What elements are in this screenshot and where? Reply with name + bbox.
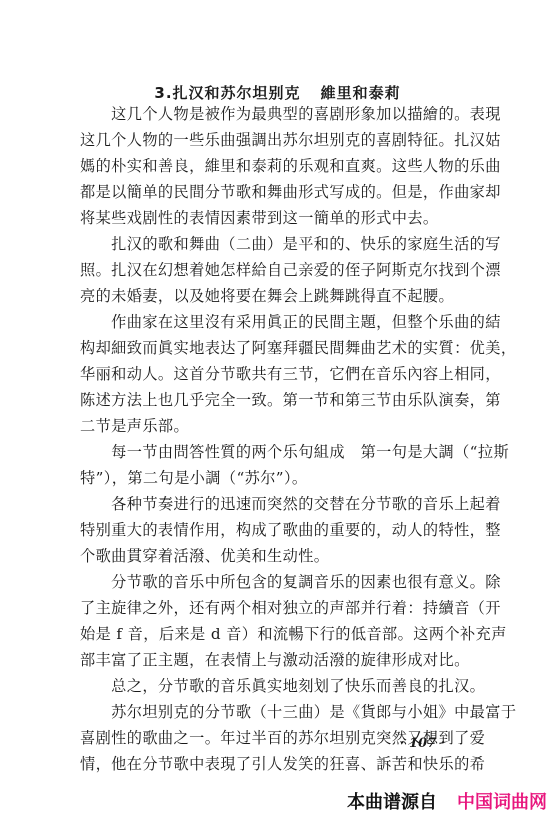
text-line: 陈述方法上也几乎完全一致。第一节和第三节由乐队演奏，第	[80, 390, 452, 410]
text-line: 华丽和动人。这首分节歌共有三节，它們在音乐內容上相同，	[80, 364, 452, 384]
text-line: 情，他在分节歌中表現了引人发笑的狂喜、訴苦和快乐的希	[80, 754, 452, 774]
text-line: 作曲家在这里沒有采用眞正的民間主題，但整个乐曲的結	[80, 312, 452, 332]
text-line: 这几个人物是被作为最典型的喜剧形象加以描繪的。表現	[80, 104, 452, 124]
section-title-left: 扎汉和苏尔坦别克	[173, 84, 301, 102]
text-line: 了主旋律之外，还有两个相对独立的声部并行着：持續音（开	[80, 598, 452, 618]
text-line: 始是 f 音，后来是 d 音）和流暢下行的低音部。这两个补充声	[80, 624, 452, 644]
watermark-prefix: 本曲谱源自	[347, 788, 437, 814]
text-line: 亮的未婚妻，以及她将要在舞会上跳舞跳得直不起腰。	[80, 286, 452, 306]
section-title: 3.扎汉和苏尔坦别克維里和泰莉	[0, 82, 555, 103]
section-title-right: 維里和泰莉	[321, 84, 401, 102]
text-line: 照。扎汉在幻想着她怎样給自己亲爱的侄子阿斯克尔找到个漂	[80, 260, 452, 280]
text-line: 扎汉的歌和舞曲（二曲）是平和的、快乐的家庭生活的写	[80, 234, 452, 254]
text-line: 分节歌的音乐中所包含的复調音乐的因素也很有意义。除	[80, 572, 452, 592]
text-line: 总之，分节歌的音乐眞实地刻划了快乐而善良的扎汉。	[80, 676, 452, 696]
text-line: 部丰富了正主題，在表情上与激动活潑的旋律形成对比。	[80, 650, 452, 670]
text-line: 各种节奏进行的迅速而突然的交替在分节歌的音乐上起着	[80, 494, 452, 514]
text-line: 都是以簡单的民間分节歌和舞曲形式写成的。但是，作曲家却	[80, 182, 452, 202]
text-line: 每一节由問答性質的两个乐句組成 第一句是大調（“拉斯	[80, 442, 452, 462]
text-line: 个歌曲貫穿着活潑、优美和生动性。	[80, 546, 452, 566]
watermark-site: 中国词曲网	[457, 788, 547, 814]
section-number: 3.	[154, 84, 172, 102]
text-line: 二节是声乐部。	[80, 416, 452, 436]
page-number: · 107 ·	[400, 736, 445, 751]
text-line: 将某些戏剧性的表情因素带到这一簡单的形式中去。	[80, 208, 452, 228]
text-line: 苏尔坦别克的分节歌（十三曲）是《貨郎与小姐》中最富于	[80, 702, 452, 722]
text-line: 构却細致而眞实地表达了阿塞拜疆民間舞曲艺术的实質：优美，	[80, 338, 452, 358]
text-line: 特别重大的表情作用，构成了歌曲的重要的，动人的特性，整	[80, 520, 452, 540]
text-line: 媽的朴实和善良，維里和泰莉的乐观和直爽。这些人物的乐曲	[80, 156, 452, 176]
text-line: 特”），第二句是小調（“苏尔”）。	[80, 468, 452, 488]
text-line: 这几个人物的一些乐曲强調出苏尔坦别克的喜剧特征。扎汉姑	[80, 130, 452, 150]
text-line: 喜剧性的歌曲之一。年过半百的苏尔坦别克突然又想到了爱	[80, 728, 452, 748]
